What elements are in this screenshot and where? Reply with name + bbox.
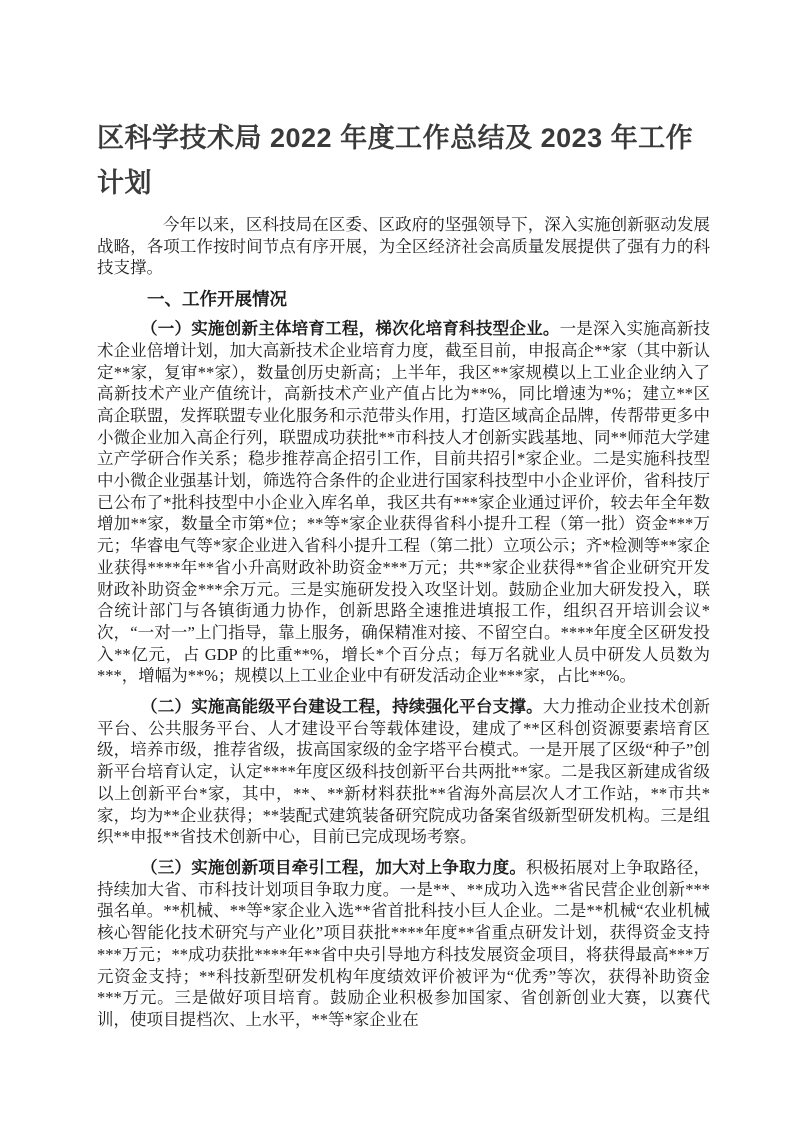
paragraph-2-lead: （二）实施高能级平台建设工程，持续强化平台支撑。 — [141, 697, 543, 716]
paragraph-1-text: 一是深入实施高新技术企业倍增计划，加大高新技术企业培育力度，截至目前，申报高企*… — [97, 319, 710, 685]
paragraph-3-lead: （三）实施创新项目牵引工程，加大对上争取力度。 — [141, 858, 526, 877]
document-title: 区科学技术局 2022 年度工作总结及 2023 年工作计划 — [97, 116, 710, 206]
paragraph-2-text: 大力推动企业技术创新平台、公共服务平台、人才建设平台等载体建设，建成了**区科创… — [97, 697, 710, 846]
paragraph-3-text: 积极拓展对上争取路径，持续加大省、市科技计划项目争取力度。一是**、**成功入选… — [97, 858, 710, 1029]
paragraph-1-lead: （一）实施创新主体培育工程，梯次化培育科技型企业。 — [141, 319, 560, 338]
paragraph-2: （二）实施高能级平台建设工程，持续强化平台支撑。大力推动企业技术创新平台、公共服… — [97, 696, 710, 848]
paragraph-3: （三）实施创新项目牵引工程，加大对上争取力度。积极拓展对上争取路径，持续加大省、… — [97, 857, 710, 1031]
section-heading-1: 一、工作开展情况 — [97, 288, 710, 310]
paragraph-1: （一）实施创新主体培育工程，梯次化培育科技型企业。一是深入实施高新技术企业倍增计… — [97, 318, 710, 687]
intro-paragraph: 今年以来，区科技局在区委、区政府的坚强领导下，深入实施创新驱动发展战略，各项工作… — [97, 214, 710, 279]
document-page: 区科学技术局 2022 年度工作总结及 2023 年工作计划 今年以来，区科技局… — [0, 0, 793, 1122]
